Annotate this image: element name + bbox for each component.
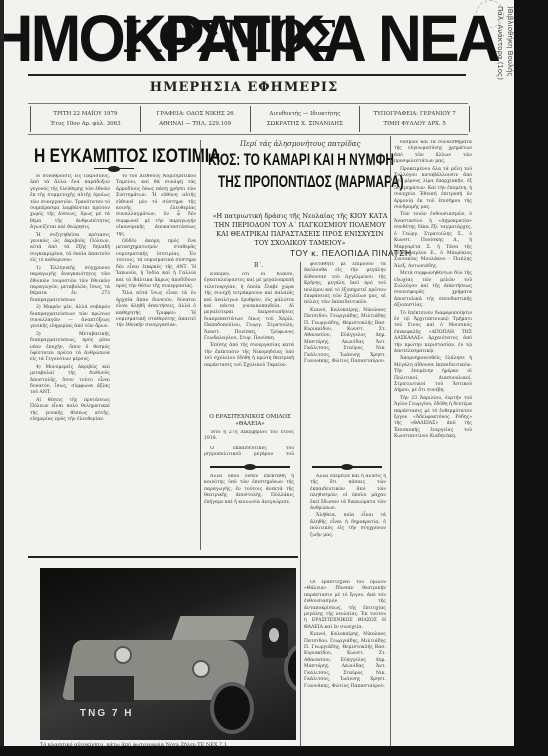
scan-border-bottom	[0, 746, 548, 756]
center-article-headline-line-2: ΤΗΣ ΠΡΟΠΟΝΤΙΔΟΣ (ΜΑΡΜΑΡΑ)	[218, 172, 404, 192]
paragraph: Κιανοί, Καλοκαίρης, Νίκολαος Πατσιδου. Γ…	[304, 632, 386, 690]
car-headlamp	[192, 660, 210, 678]
left-article-headline: Η ΕΥΚΑΜΠΤΟΣ ΙΣΟΤΙΜΙΑ	[34, 146, 220, 168]
infobar-offices-cell: ΓΡΑΦΕΙΑ: ΟΔΟΣ ΝΙΚΗΣ 26 ΑΘΗΝΑΙ — ΤΗΛ. 229…	[140, 106, 250, 132]
paragraph: Οἱ ἐρασιτέχναι τοῦ ὁμίλου «Θάλεια» ἔδωσα…	[304, 580, 386, 631]
paragraph: Αἱ θέσεις τῆς προτάσεως Πόλεων εἶναι πολ…	[30, 398, 110, 424]
infobar-director-cell: Διευθυντής — Ιδιοκτήτης ΣΩΚΡΑΤΗΣ Χ. ΣΙΝΑ…	[250, 106, 360, 132]
paragraph: Η συνάθροισις εἰς Παρισίους, ἀπό τά ἄλλα…	[30, 174, 110, 232]
column-divider	[200, 140, 201, 550]
center-sidebar-mid: Ἀλλά ἐπέμεινε καί ἡ ἀλυσίς ἡ τῆς ὅτι πάσ…	[310, 474, 386, 554]
car-windshield	[172, 616, 255, 640]
scan-border-right	[514, 0, 548, 756]
paragraph: Εἴπομεν, ὅτι οἱ Κιανοί, ἐγκαταλείψαντες …	[204, 272, 294, 342]
paragraph: 3) Μεταβατικής διαπραγματεύσεως, πρός μί…	[30, 332, 110, 364]
car-headlamp	[114, 646, 132, 664]
infobar-top-rule	[28, 103, 468, 104]
paragraph: Ἀλλά ἐπέμεινε καί ἡ ἀλυσίς ἡ τῆς ὅτι πάσ…	[310, 474, 386, 512]
paragraph: Ἦτο ἡ 27η Δεκεμβρίου τοῦ ἔτους 1918.	[204, 430, 294, 443]
left-article-column-2: τό τοῦ Διεθνοῦς Νομισματικοῦ Ταμείου, κα…	[116, 174, 196, 474]
paragraph: Μετά συμφωνηθέντων δύο τῆς εὐωχίας τῶν μ…	[394, 271, 472, 309]
center-article-column-1b: Ἀλλά ὅπου οὐδέν ἐπεκτάθη ἡ κοινότης ὑπό …	[204, 474, 294, 554]
masthead-subtitle: ΗΜΕΡΗΣΙΑ ΕΦΗΜΕΡΙΣ	[4, 80, 484, 95]
center-article-subhead: Ο ΕΡΑΣΙΤΕΧΝΙΚΟΣ ΟΜΙΛΟΣ «ΘΑΛΕΙΑ»	[204, 414, 296, 428]
paragraph: Οὐδέν ἀκόμη πρός ἕνα μετασχηματισμόν στα…	[116, 239, 196, 290]
printing-address: ΤΥΠΟΓΡΑΦΕΙΑ: ΓΕΡΑΝΙΟΥ 7	[374, 111, 456, 117]
infobar-bottom-rule	[28, 134, 468, 135]
center-article-column-1b-start: Ὁ ἐκπαιδευτικός τοῦ μητροπολιτικοῦ μεγάρ…	[204, 446, 294, 458]
column-divider	[390, 136, 391, 746]
infobar-date-cell: ΤΡΙΤΗ 22 ΜΑΪΟΥ 1979 Έτος 10ον Αρ. φύλ. 3…	[30, 106, 140, 132]
offices-phone: ΑΘΗΝΑΙ — ΤΗΛ. 229.109	[159, 121, 231, 127]
car-photo: TNG 7 H	[40, 568, 296, 740]
paragraph: Τό ἐπέκτεινεν διαφοροποίησιν ἐν τῷ Ἀρχιτ…	[394, 311, 472, 356]
paragraph: Ἐπίσης ἀπό τῆς συνεργασίας κατά τῆν ἐπέκ…	[204, 343, 294, 369]
paragraph: Ἀλήθεια, ποῖα εἶναι τά ἀληθῆς εἶναι ἡ δη…	[310, 513, 386, 539]
paragraph: Ἀλλά ὅπου οὐδέν ἐπεκτάθη ἡ κοινότης ὑπό …	[204, 474, 294, 506]
masthead-overlay: ΚΟΣΜΟΣ	[122, 16, 342, 60]
archive-note-line-1: )Βιβλιοθήκη Βουλής	[506, 6, 514, 77]
issue-number: Έτος 10ον Αρ. φύλ. 3063	[50, 121, 120, 127]
paragraph: φοιταθῆτε μέ ἐπίμονον τά ἀκόλουθα εἰς τῆ…	[304, 262, 386, 307]
paragraph: τό τοῦ Διεθνοῦς Νομισματικοῦ Ταμείου, κα…	[116, 174, 196, 238]
section-ornament	[210, 466, 290, 468]
paragraph: Προκειμένου ὅλα τά μέλη τοῦ Συλλόγου κατ…	[394, 167, 472, 212]
paragraph: Κιανοί, Καλοκαίρης, Νίκολαος Πατσιδου. Γ…	[304, 308, 386, 366]
right-article-column: δοσμῶν καί τά συναισθήματα τῆς εὐγνωμοσύ…	[394, 140, 472, 746]
license-plate: TNG 7 H	[80, 708, 133, 719]
photo-top-rule	[28, 556, 298, 558]
center-article-lead: «Η πατριωτική δράσις τῆς Νεολαίας τῆς ΚΙ…	[210, 212, 390, 248]
section-ornament	[312, 466, 382, 468]
left-article-column-1: Η συνάθροισις εἰς Παρισίους, ἀπό τά ἄλλα…	[30, 174, 110, 560]
offices-address: ΓΡΑΦΕΙΑ: ΟΔΟΣ ΝΙΚΗΣ 26	[157, 111, 234, 117]
car-grille	[74, 676, 134, 702]
center-article-column-2: φοιταθῆτε μέ ἐπίμονον τά ἀκόλουθα εἰς τῆ…	[304, 262, 386, 462]
paragraph: 4) Μονομερεῖς ἀκριβῶς καί μεταβολαί τῆς …	[30, 365, 110, 397]
car-wheel	[210, 682, 254, 734]
paragraph: Τῶν τοιῶν ἐνθουσιασμῶν, ὁ Ἀναστασίου ἡ «…	[394, 212, 472, 270]
center-article-subhead-intro: Ἦτο ἡ 27η Δεκεμβρίου τοῦ ἔτους 1918.	[204, 430, 294, 444]
paragraph: Ὅλα αὐτά ἴσως εἶναι τά ἐν ἀρχαῖα ἅπαν δυ…	[116, 291, 196, 329]
headline-ornament	[94, 168, 134, 169]
center-article-kicker: Περί τάς ἀλησμονήτους πατρίδας	[240, 140, 360, 148]
paragraph: 2) Μικρόν μέν, ἀλλά σοβαρόν διαπραγματεύ…	[30, 305, 110, 331]
masthead-rule	[28, 74, 466, 76]
paragraph: 1) Ἑλληνικής σύγχρονον παραγωγῆς ἀναγκαι…	[30, 266, 110, 304]
director-name: ΣΩΚΡΑΤΗΣ Χ. ΣΙΝΑΝΙΔΗΣ	[267, 121, 343, 127]
center-article-column-1: Εἴπομεν, ὅτι οἱ Κιανοί, ἐγκαταλείψαντες …	[204, 272, 294, 412]
paragraph: Τήν 23 Ἀπριλίου, ἑορτήν τοῦ Ἁγίου Γεωργί…	[394, 396, 472, 441]
issue-price: ΤΙΜΗ ΦΥΛΛΟΥ ΔΡΧ. 5	[383, 121, 446, 127]
infobar-printing-cell: ΤΥΠΟΓΡΑΦΕΙΑ: ΓΕΡΑΝΙΟΥ 7 ΤΙΜΗ ΦΥΛΛΟΥ ΔΡΧ.…	[359, 106, 470, 132]
paragraph: Ὁ ἐκπαιδευτικός τοῦ μητροπολιτικοῦ μεγάρ…	[204, 446, 294, 458]
woman-face	[269, 628, 279, 642]
center-article-headline-line-1: ΚΙΟΣ: ΤΟ ΚΑΜΑΡΙ ΚΑΙ Η ΝΥΜΦΗ	[208, 150, 394, 170]
column-divider	[300, 262, 301, 746]
director-label: Διευθυντής — Ιδιοκτήτης	[269, 111, 340, 117]
center-article-part: Β΄.	[254, 262, 263, 269]
paragraph: Ἀπομνημονευθεῖς ἐλάλησε ἡ Μεγάλη αἴθουσα…	[394, 356, 472, 394]
issue-date: ΤΡΙΤΗ 22 ΜΑΪΟΥ 1979	[53, 111, 117, 117]
center-article-column-2b: Οἱ ἐρασιτέχναι τοῦ ὁμίλου «Θάλεια» ἔδωσα…	[304, 580, 386, 746]
publication-infobar: ΤΡΙΤΗ 22 ΜΑΪΟΥ 1979 Έτος 10ον Αρ. φύλ. 3…	[30, 106, 470, 132]
newspaper-page: )Βιβλιοθήκη Βουλής Παλ. Ανάκτορα (1ος) Δ…	[4, 0, 514, 746]
paragraph: Ἡ συζητηθεῖσα πρότασις γενικῶς ὡς ἀκριβο…	[30, 233, 110, 265]
paragraph: δοσμῶν καί τά συναισθήματα τῆς εὐγνωμοσύ…	[394, 140, 472, 166]
